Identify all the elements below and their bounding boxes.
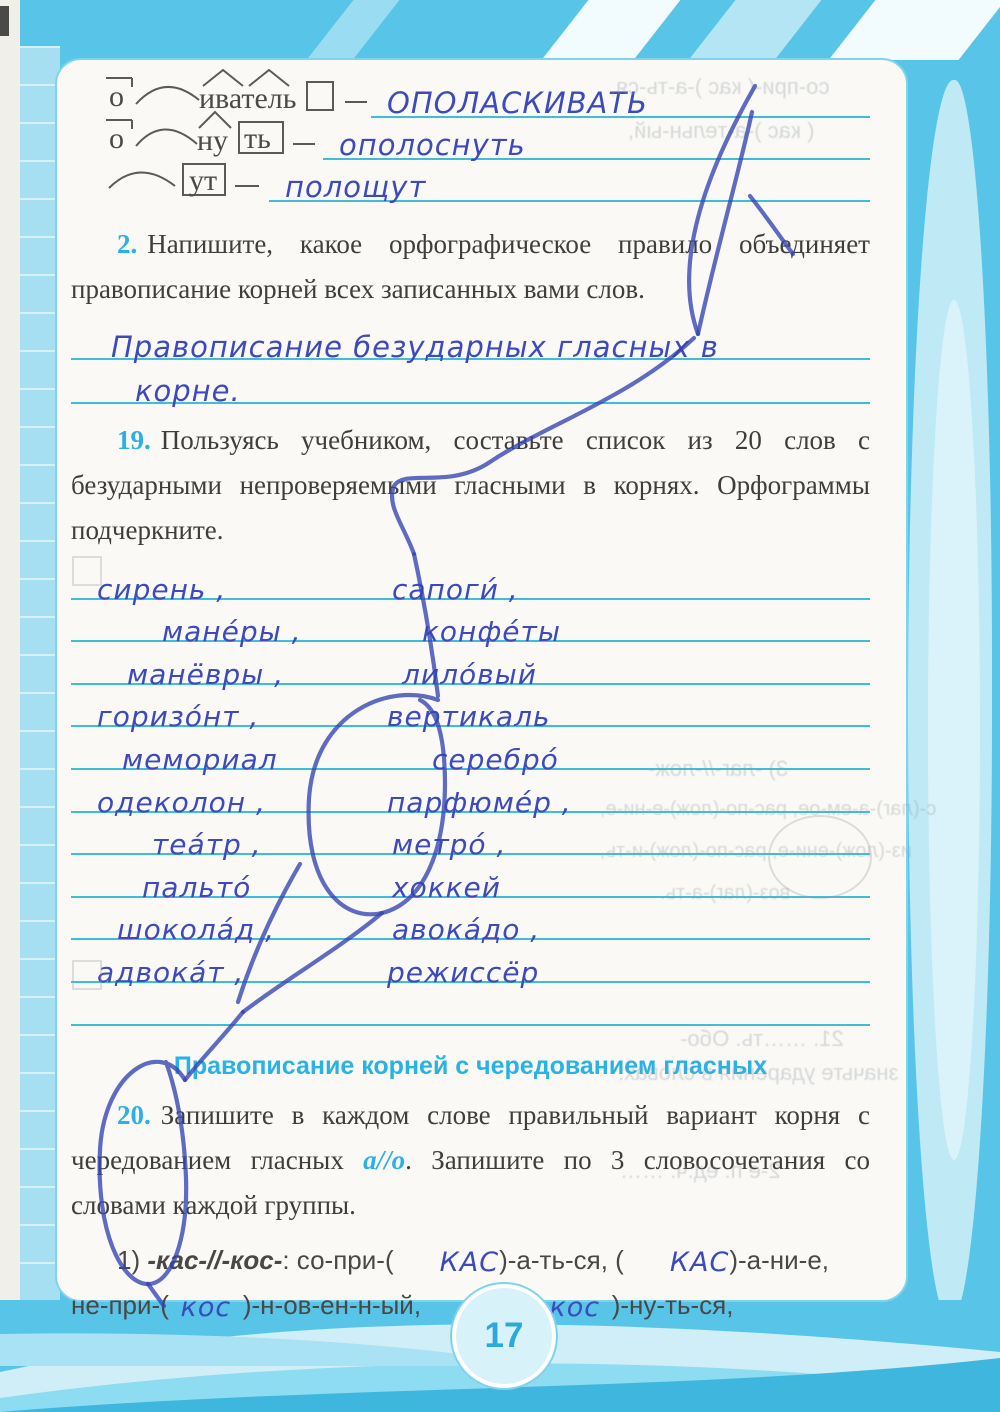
- morpheme-scheme-row: ут полощут: [101, 160, 870, 202]
- handwritten-root: КАС: [394, 1240, 500, 1285]
- handwritten-answer: ополоснуть: [339, 128, 526, 162]
- exercise-19-text: Пользуясь учебником, составьте список из…: [71, 425, 870, 545]
- ending-letters: ут: [189, 164, 217, 197]
- frame-stripe: [542, 0, 681, 60]
- root-arc-icon: [109, 172, 175, 188]
- item-text: )-а-ни-е,: [729, 1245, 829, 1275]
- exercise-2-text: Напишите, какое орфографическое правило …: [71, 229, 870, 304]
- bleedthrough-text: 3) -лаг-//-лож-: [648, 756, 788, 782]
- word-list-row: адвока́т , режиссёр: [71, 940, 870, 983]
- item-number: 1): [117, 1245, 147, 1275]
- scan-edge: [0, 0, 20, 1412]
- exercise-2-number: 2.: [117, 229, 137, 259]
- item-text: : со-при-(: [282, 1245, 393, 1275]
- bleedthrough-text: со-при-( кас )-а-ть-ся,: [610, 74, 830, 100]
- content-panel: о иватель ОПОЛАСКИВАТЬ о ну ть: [55, 58, 908, 1302]
- frame-stripe: [829, 0, 1000, 60]
- scan-smudge: [0, 6, 9, 36]
- handwritten-answer: корне.: [135, 374, 241, 408]
- frame-right-leaf-highlight: [928, 300, 980, 1160]
- exercise-20-number: 20.: [117, 1100, 151, 1130]
- root-arc-icon: [136, 87, 199, 104]
- answer-line: полощут: [269, 166, 870, 202]
- exercise-2-paragraph: 2.Напишите, какое орфографическое правил…: [71, 222, 870, 312]
- frame-stripe: [307, 0, 400, 60]
- frame-stripe: [689, 0, 822, 60]
- item-line-1: 1) -кас-//-кос-: со-при-(КАС)-а-ть-ся, (…: [71, 1238, 870, 1283]
- ruled-line: корне.: [71, 360, 870, 404]
- page-number-badge: 17: [452, 1284, 556, 1388]
- bleedthrough-text: ( кас )-а-тельн-ый,: [628, 118, 814, 144]
- workbook-page: 17 о иватель ОПОЛАСКИВАТЬ о ну: [0, 0, 1000, 1412]
- item-text: )-а-ть-ся, (: [499, 1245, 624, 1275]
- item-text: )-ну-ть-ся,: [612, 1290, 734, 1320]
- root-arc-icon: [136, 129, 197, 146]
- word-list-row-empty: [71, 983, 870, 1026]
- exercise-19-paragraph: 19.Пользуясь учебником, составьте список…: [71, 418, 870, 553]
- exercise-2-answer-lines: Правописание безударных гласных в корне.: [71, 316, 870, 404]
- handwritten-root: кос: [169, 1285, 243, 1330]
- ruled-line: Правописание безударных гласных в: [71, 316, 870, 360]
- bleedthrough-text: 21. ……ть. Обо-: [680, 1026, 844, 1052]
- bleedthrough-box: [72, 556, 102, 586]
- bleedthrough-text: воз-(лаг)-а-ть.: [660, 882, 790, 905]
- word-list-row: мане́ры , конфе́ты: [71, 600, 870, 643]
- handwritten-answer: Правописание безударных гласных в: [111, 330, 719, 364]
- frame-left-band: [20, 46, 60, 1366]
- handwritten-root: КАС: [624, 1240, 730, 1285]
- word-list-row: сирень , сапоги́ ,: [71, 557, 870, 600]
- exercise-19-number: 19.: [117, 425, 151, 455]
- handwritten-answer: полощут: [285, 170, 426, 204]
- word-list: сирень , сапоги́ , мане́ры , конфе́ты ма…: [71, 557, 870, 1026]
- word-list-row: манёвры , лило́вый: [71, 642, 870, 685]
- page-number: 17: [485, 1316, 524, 1356]
- bleedthrough-box: [72, 960, 102, 990]
- bleedthrough-text: 2-е п. ед.ч. ……: [620, 1158, 780, 1184]
- bleedthrough-text: с-(лаг)-а-ем-ое, рас-по-(лож)-е-ни-е,: [600, 798, 936, 821]
- bleedthrough-text: значьте ударения в словах.: [618, 1060, 899, 1086]
- item-text: )-н-ов-ен-н-ый,: [243, 1290, 421, 1320]
- root-pair-label: -кас-//-кос-: [147, 1245, 282, 1275]
- handwritten-answer: ОПОЛАСКИВАТЬ: [387, 86, 648, 120]
- morpheme-scheme-3: ут: [101, 146, 269, 202]
- alternation-pattern: а//о: [363, 1145, 405, 1175]
- pencil-oval: [768, 815, 872, 899]
- item-text: не-при-(: [71, 1290, 169, 1320]
- word-list-row: горизо́нт , вертикаль: [71, 685, 870, 728]
